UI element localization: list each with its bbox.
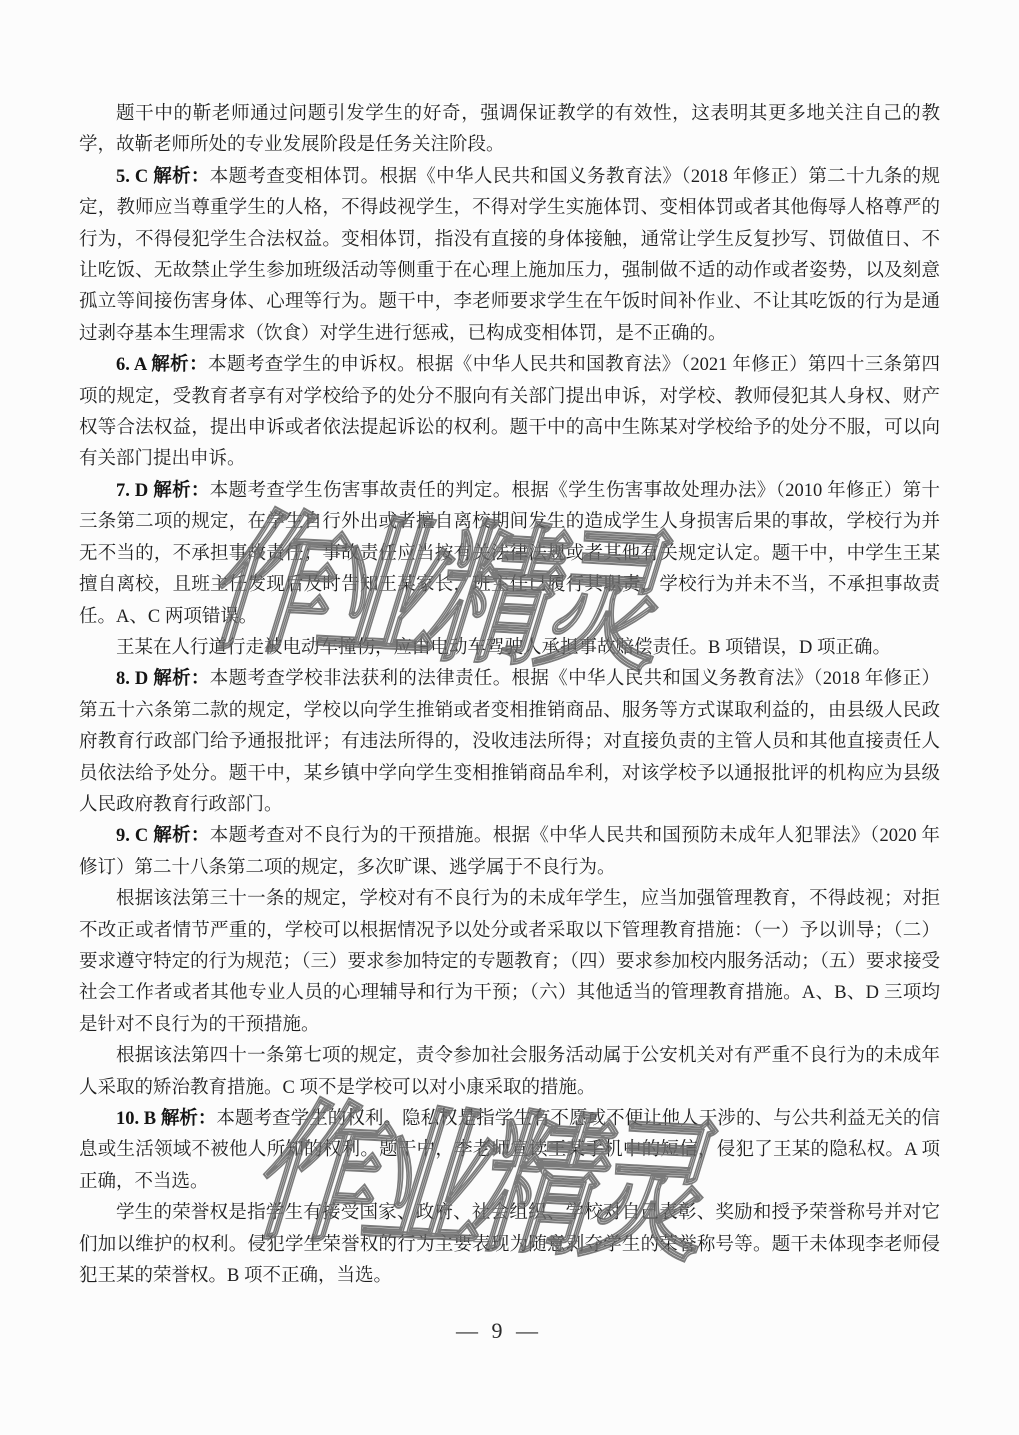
paragraph-text: 本题考查学生伤害事故责任的判定。根据《学生伤害事故处理办法》（2010 年修正）… <box>79 481 940 627</box>
paragraph-text: 题干中的靳老师通过问题引发学生的好奇，强调保证教学的有效性，这表明其更多地关注自… <box>79 104 940 155</box>
answer-prefix: 10. B 解析： <box>116 1109 216 1129</box>
scanned-answer-page: 题干中的靳老师通过问题引发学生的好奇，强调保证教学的有效性，这表明其更多地关注自… <box>0 0 1019 1435</box>
paragraph-q9-note2: 根据该法第四十一条第七项的规定，责令参加社会服务活动属于公安机关对有严重不良行为… <box>79 1041 940 1104</box>
answer-prefix: 8. D 解析： <box>116 669 210 689</box>
paragraph-q8: 8. D 解析：本题考查学校非法获利的法律责任。根据《中华人民共和国义务教育法》… <box>79 664 940 821</box>
answer-explanations: 题干中的靳老师通过问题引发学生的好奇，强调保证教学的有效性，这表明其更多地关注自… <box>79 99 940 1292</box>
paragraph-text: 学生的荣誉权是指学生有接受国家、政府、社会组织、学校对自己表彰、奖励和授予荣誉称… <box>79 1203 940 1286</box>
answer-prefix: 5. C 解析： <box>116 167 210 187</box>
paragraph-text: 根据该法第三十一条的规定，学校对有不良行为的未成年学生，应当加强管理教育，不得歧… <box>79 889 940 1035</box>
answer-prefix: 7. D 解析： <box>116 481 210 501</box>
answer-prefix: 9. C 解析： <box>116 826 210 846</box>
paragraph-q10-note: 学生的荣誉权是指学生有接受国家、政府、社会组织、学校对自己表彰、奖励和授予荣誉称… <box>79 1198 940 1292</box>
paragraph-text: 本题考查学生的申诉权。根据《中华人民共和国教育法》（2021 年修正）第四十三条… <box>79 355 940 469</box>
paragraph-intro: 题干中的靳老师通过问题引发学生的好奇，强调保证教学的有效性，这表明其更多地关注自… <box>79 99 940 162</box>
paragraph-text: 根据该法第四十一条第七项的规定，责令参加社会服务活动属于公安机关对有严重不良行为… <box>79 1046 940 1097</box>
page-number: — 9 — <box>0 1318 1019 1344</box>
paragraph-q9-note1: 根据该法第三十一条的规定，学校对有不良行为的未成年学生，应当加强管理教育，不得歧… <box>79 884 940 1041</box>
paragraph-q6: 6. A 解析：本题考查学生的申诉权。根据《中华人民共和国教育法》（2021 年… <box>79 350 940 476</box>
paragraph-q5: 5. C 解析：本题考查变相体罚。根据《中华人民共和国义务教育法》（2018 年… <box>79 162 940 350</box>
answer-prefix: 6. A 解析： <box>116 355 208 375</box>
paragraph-text: 王某在人行道行走被电动车撞伤，应由电动车驾驶人承担事故赔偿责任。B 项错误，D … <box>116 638 891 658</box>
paragraph-q7-note: 王某在人行道行走被电动车撞伤，应由电动车驾驶人承担事故赔偿责任。B 项错误，D … <box>79 633 940 664</box>
paragraph-q7: 7. D 解析：本题考查学生伤害事故责任的判定。根据《学生伤害事故处理办法》（2… <box>79 476 940 633</box>
paragraph-text: 本题考查学校非法获利的法律责任。根据《中华人民共和国义务教育法》（2018 年修… <box>79 669 940 815</box>
paragraph-text: 本题考查变相体罚。根据《中华人民共和国义务教育法》（2018 年修正）第二十九条… <box>79 167 940 344</box>
paragraph-q10: 10. B 解析：本题考查学生的权利。隐私权是指学生有不愿或不便让他人干涉的、与… <box>79 1104 940 1198</box>
paragraph-q9: 9. C 解析：本题考查对不良行为的干预措施。根据《中华人民共和国预防未成年人犯… <box>79 821 940 884</box>
